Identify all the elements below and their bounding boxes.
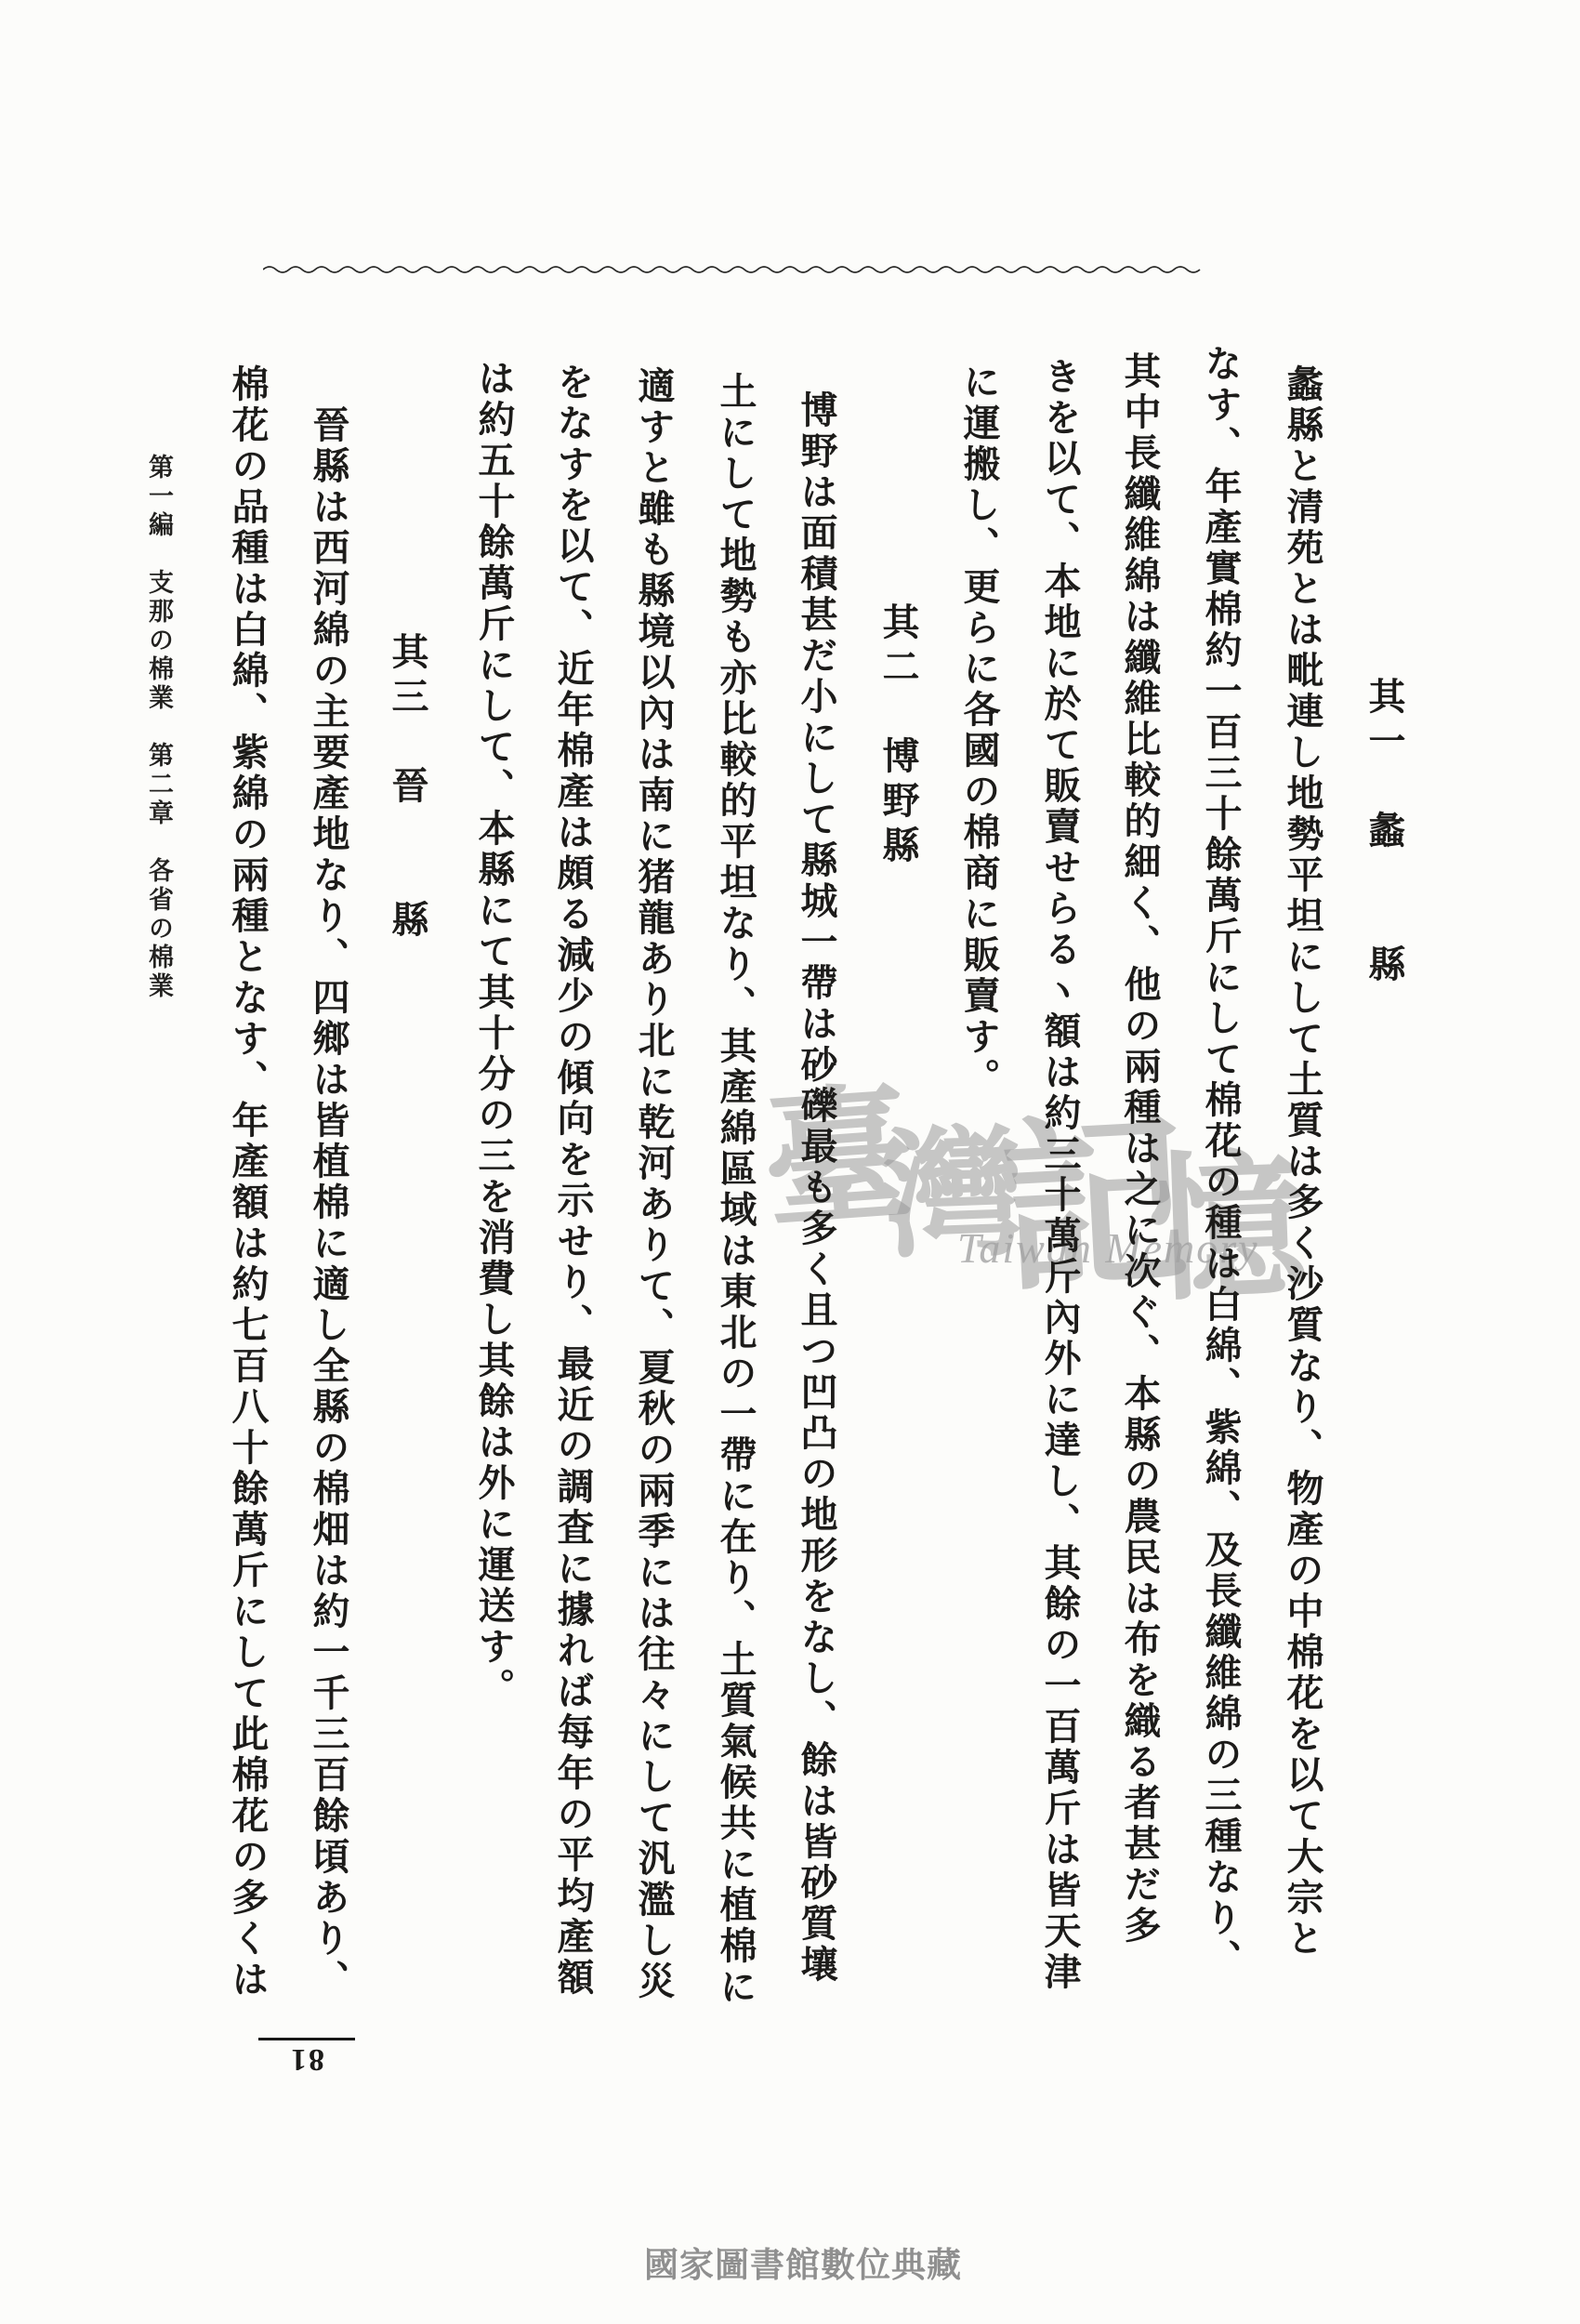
body-column: に運搬し、更らに各國の棉商に販賣す。 [957,363,1000,1099]
body-column: 博野は面積甚だ小にして縣城一帶は砂礫最も多く且つ凹凸の地形をなし、餘は皆砂質壤 [795,390,837,1986]
body-column: 晉縣は西河綿の主要產地なり、四鄉は皆植棉に適し全縣の棉畑は約一千三百餘頃あり、 [307,405,349,2000]
body-column: をなすを以て、近年棉產は頗る減少の傾向を示せり、最近の調査に據れば每年の平均產額 [551,363,594,1999]
body-column: 土にして地勢も亦比較的平坦なり、其產綿區域は東北の一帶に在り、土質氣候共に植棉に [714,372,757,2008]
body-column: なす、年產實棉約一百三十餘萬斤にして棉花の種は白綿、紫綿、及長纖維綿の三種なり、 [1199,344,1242,1980]
wavy-divider-line [263,262,1207,277]
body-column: 棉花の品種は白綿、紫綿の兩種となす、年產額は約七百八十餘萬斤にして此棉花の多くは [226,364,269,2000]
body-column: きを以て、本地に於て販賣せらるヽ額は約三十萬斤內外に達し、其餘の一百萬斤は皆天津 [1038,357,1081,1993]
margin-running-title: 第一編 支那の棉業 第二章 各省の棉業 [141,454,178,1001]
body-column: は約五十餘萬斤にして、本縣にて其十分の三を消費し其餘は外に運送す。 [472,359,515,1709]
section-heading: 其一 蠡 縣 [1363,677,1405,989]
page-number-block: 81 [257,2038,357,2078]
body-column: 其中長纖維綿は纖維比較的細く、他の兩種は之に次ぐ、本縣の農民は布を織る者甚だ多 [1118,351,1161,1947]
body-column: 適すと雖も縣境以內は南に猪龍あり北に乾河ありて、夏秋の兩季には往々にして汎濫し災 [632,366,675,2002]
scanned-book-page: 臺 灣 記 憶 Taiwan Memory 其一 蠡 縣 蠡縣と清苑とは毗連し地… [0,0,1580,2324]
body-column: 蠡縣と清苑とは毗連し地勢平坦にして土質は多く沙質なり、物產の中棉花を以て大宗と [1281,364,1323,1960]
page-number: 81 [289,2040,324,2078]
section-heading: 其二 博野縣 [876,602,919,870]
section-heading: 其三 晉 縣 [386,632,428,944]
library-stamp: 國家圖書館數位典藏 [644,2237,962,2287]
